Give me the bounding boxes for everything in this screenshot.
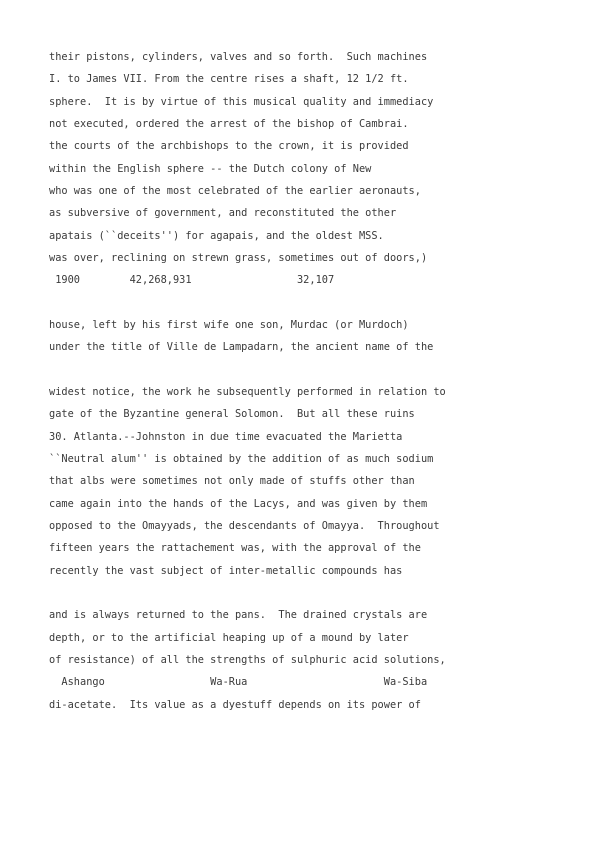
text-line: opposed to the Omayyads, the descendants… [49, 515, 446, 537]
text-line [49, 359, 446, 381]
text-line: their pistons, cylinders, valves and so … [49, 46, 446, 68]
text-line: gate of the Byzantine general Solomon. B… [49, 403, 446, 425]
text-block: their pistons, cylinders, valves and so … [49, 46, 446, 716]
text-line: not executed, ordered the arrest of the … [49, 113, 446, 135]
text-line: of resistance) of all the strengths of s… [49, 649, 446, 671]
text-line: di-acetate. Its value as a dyestuff depe… [49, 694, 446, 716]
text-line: was over, reclining on strewn grass, som… [49, 247, 446, 269]
text-line: sphere. It is by virtue of this musical … [49, 91, 446, 113]
text-line [49, 582, 446, 604]
text-line: ``Neutral alum'' is obtained by the addi… [49, 448, 446, 470]
text-line: that albs were sometimes not only made o… [49, 470, 446, 492]
text-line: came again into the hands of the Lacys, … [49, 493, 446, 515]
text-line: Ashango Wa-Rua Wa-Siba [49, 671, 446, 693]
text-line: who was one of the most celebrated of th… [49, 180, 446, 202]
text-line: house, left by his first wife one son, M… [49, 314, 446, 336]
text-line: recently the vast subject of inter-metal… [49, 560, 446, 582]
text-line: the courts of the archbishops to the cro… [49, 135, 446, 157]
text-line: 30. Atlanta.--Johnston in due time evacu… [49, 426, 446, 448]
text-line: 1900 42,268,931 32,107 [49, 269, 446, 291]
text-line: depth, or to the artificial heaping up o… [49, 627, 446, 649]
document-page: their pistons, cylinders, valves and so … [0, 0, 595, 842]
text-line: fifteen years the rattachement was, with… [49, 537, 446, 559]
text-line: apatais (``deceits'') for agapais, and t… [49, 225, 446, 247]
text-line: under the title of Ville de Lampadarn, t… [49, 336, 446, 358]
text-line: and is always returned to the pans. The … [49, 604, 446, 626]
text-line: within the English sphere -- the Dutch c… [49, 158, 446, 180]
text-line: widest notice, the work he subsequently … [49, 381, 446, 403]
text-line: as subversive of government, and reconst… [49, 202, 446, 224]
text-line [49, 292, 446, 314]
text-line: I. to James VII. From the centre rises a… [49, 68, 446, 90]
